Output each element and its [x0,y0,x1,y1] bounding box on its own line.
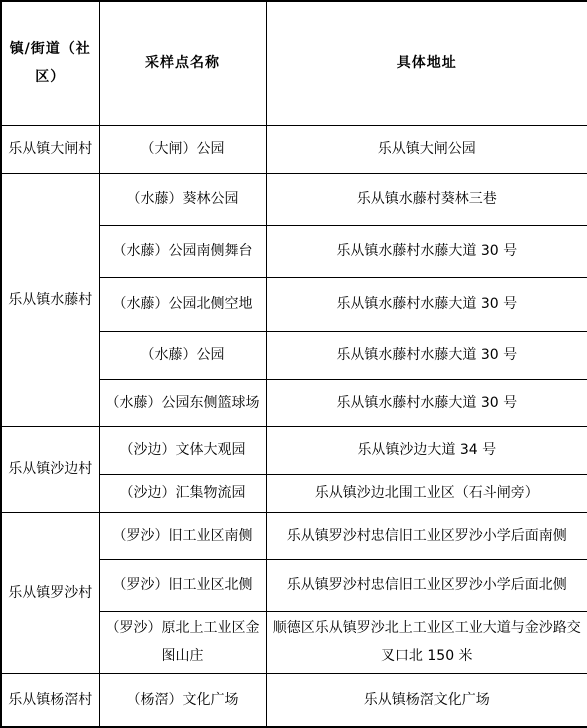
site-name-cell: （水藤）葵林公园 [99,173,266,225]
address-cell: 乐从镇水藤村水藤大道 30 号 [266,225,587,277]
site-name-cell: （罗沙）旧工业区南侧 [99,512,266,559]
town-cell: 乐从镇罗沙村 [1,512,99,673]
town-cell: 乐从镇大闸村 [1,125,99,173]
table-body: 乐从镇大闸村 （大闸）公园 乐从镇大闸公园 乐从镇水藤村 （水藤）葵林公园 乐从… [1,125,587,727]
document-page: 镇/街道（社区） 采样点名称 具体地址 乐从镇大闸村 （大闸）公园 乐从镇大闸公… [0,0,587,726]
header-cell-address: 具体地址 [266,1,587,125]
site-name-cell: （水藤）公园东侧篮球场 [99,379,266,426]
site-name-cell: （罗沙）原北上工业区金图山庄 [99,611,266,673]
site-name-cell: （罗沙）旧工业区北侧 [99,559,266,611]
town-cell: 乐从镇沙边村 [1,426,99,512]
site-name-cell: （大闸）公园 [99,125,266,173]
address-cell: 乐从镇罗沙村忠信旧工业区罗沙小学后面北侧 [266,559,587,611]
address-cell: 顺德区乐从镇罗沙北上工业区工业大道与金沙路交叉口北 150 米 [266,611,587,673]
address-cell: 乐从镇水藤村水藤大道 30 号 [266,331,587,379]
table-row: 乐从镇杨滘村 （杨滘）文化广场 乐从镇杨滘文化广场 [1,673,587,727]
address-cell: 乐从镇沙边大道 34 号 [266,426,587,474]
sampling-points-table: 镇/街道（社区） 采样点名称 具体地址 乐从镇大闸村 （大闸）公园 乐从镇大闸公… [0,0,587,728]
town-cell: 乐从镇杨滘村 [1,673,99,727]
site-name-cell: （沙边）汇集物流园 [99,474,266,512]
header-cell-town: 镇/街道（社区） [1,1,99,125]
address-cell: 乐从镇杨滘文化广场 [266,673,587,727]
address-cell: 乐从镇大闸公园 [266,125,587,173]
address-cell: 乐从镇沙边北围工业区（石斗闸旁） [266,474,587,512]
address-cell: 乐从镇水藤村葵林三巷 [266,173,587,225]
header-row: 镇/街道（社区） 采样点名称 具体地址 [1,1,587,125]
address-cell: 乐从镇水藤村水藤大道 30 号 [266,379,587,426]
address-cell: 乐从镇水藤村水藤大道 30 号 [266,277,587,331]
site-name-cell: （沙边）文体大观园 [99,426,266,474]
town-cell: 乐从镇水藤村 [1,173,99,426]
table-row: 乐从镇大闸村 （大闸）公园 乐从镇大闸公园 [1,125,587,173]
address-cell: 乐从镇罗沙村忠信旧工业区罗沙小学后面南侧 [266,512,587,559]
table-row: 乐从镇沙边村 （沙边）文体大观园 乐从镇沙边大道 34 号 [1,426,587,474]
table-header: 镇/街道（社区） 采样点名称 具体地址 [1,1,587,125]
site-name-cell: （杨滘）文化广场 [99,673,266,727]
table-row: 乐从镇罗沙村 （罗沙）旧工业区南侧 乐从镇罗沙村忠信旧工业区罗沙小学后面南侧 [1,512,587,559]
table-row: 乐从镇水藤村 （水藤）葵林公园 乐从镇水藤村葵林三巷 [1,173,587,225]
site-name-cell: （水藤）公园南侧舞台 [99,225,266,277]
site-name-cell: （水藤）公园 [99,331,266,379]
header-cell-site-name: 采样点名称 [99,1,266,125]
site-name-cell: （水藤）公园北侧空地 [99,277,266,331]
